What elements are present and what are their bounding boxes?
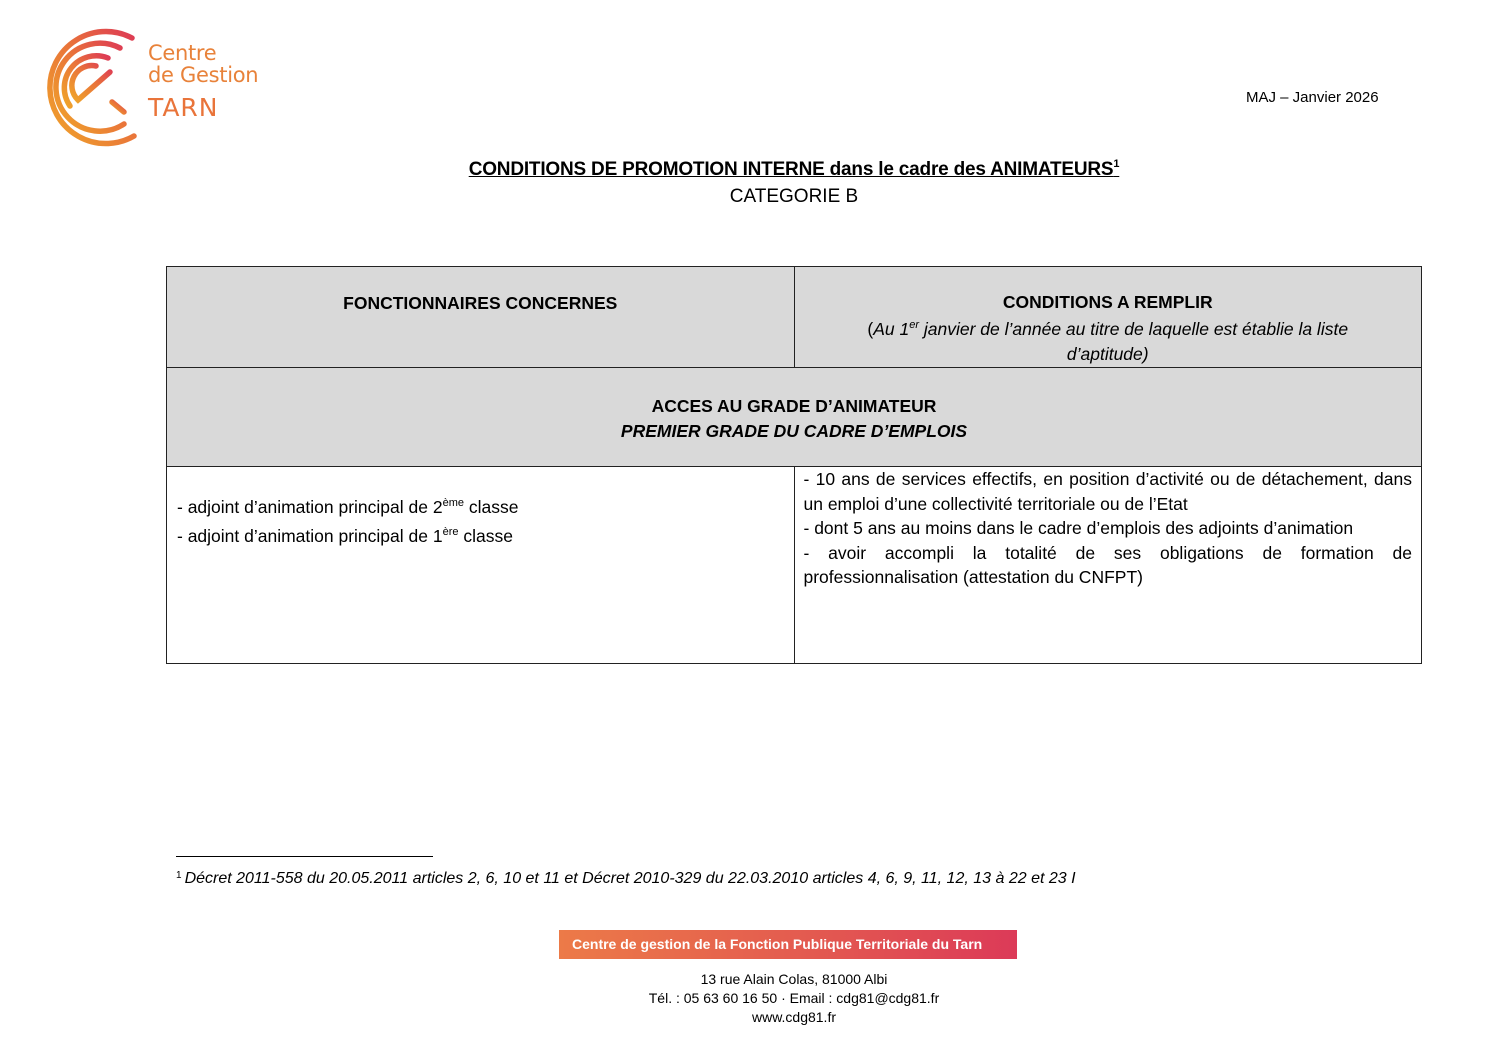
header-cell-conditions: CONDITIONS A REMPLIR (Au 1er janvier de … xyxy=(794,267,1422,368)
cdg-c-logo-icon xyxy=(34,24,146,148)
footnote-number: 1 xyxy=(176,870,182,881)
table-header-row: FONCTIONNAIRES CONCERNES CONDITIONS A RE… xyxy=(167,267,1422,368)
header-left-label: FONCTIONNAIRES CONCERNES xyxy=(167,267,794,314)
update-date: MAJ – Janvier 2026 xyxy=(1246,89,1379,106)
footnote-separator xyxy=(176,856,433,857)
footer-contact: 13 rue Alain Colas, 81000 Albi Tél. : 05… xyxy=(0,970,1497,1027)
footer-address: 13 rue Alain Colas, 81000 Albi xyxy=(0,970,1497,989)
document-title: CONDITIONS DE PROMOTION INTERNE dans le … xyxy=(469,158,1120,181)
logo-line-2: de Gestion xyxy=(148,64,258,86)
grade-text-end: classe xyxy=(458,526,512,546)
header-right-label: CONDITIONS A REMPLIR xyxy=(795,267,1422,313)
table-row: - adjoint d’animation principal de 2ème … xyxy=(167,467,1422,664)
footer-website-link[interactable]: www.cdg81.fr xyxy=(0,1008,1497,1027)
footer-band: Centre de gestion de la Fonction Publiqu… xyxy=(559,930,1017,959)
grade-text-end: classe xyxy=(464,497,518,517)
logo-line-3: TARN xyxy=(148,95,258,121)
section-cell: ACCES AU GRADE D’ANIMATEUR PREMIER GRADE… xyxy=(167,368,1422,467)
grade-text: - adjoint d’animation principal de 1 xyxy=(177,526,443,546)
header-right-note: (Au 1er janvier de l’année au titre de l… xyxy=(795,313,1422,367)
logo-line-1: Centre xyxy=(148,42,258,64)
footnote: 1Décret 2011-558 du 20.05.2011 articles … xyxy=(176,870,1076,888)
note-part-1: Au 1 xyxy=(873,319,909,339)
title-footnote-ref: 1 xyxy=(1113,158,1119,170)
grade-sup: ème xyxy=(443,497,464,509)
section-row: ACCES AU GRADE D’ANIMATEUR PREMIER GRADE… xyxy=(167,368,1422,467)
footer-phone-email: Tél. : 05 63 60 16 50 · Email : cdg81@cd… xyxy=(0,989,1497,1008)
promotion-conditions-table: FONCTIONNAIRES CONCERNES CONDITIONS A RE… xyxy=(166,266,1422,664)
section-subtitle: PREMIER GRADE DU CADRE D’EMPLOIS xyxy=(167,419,1421,444)
title-text: CONDITIONS DE PROMOTION INTERNE dans le … xyxy=(469,159,1114,180)
grade-sup: ère xyxy=(443,526,459,538)
condition-item: - avoir accompli la totalité de ses obli… xyxy=(804,541,1413,590)
grade-item: - adjoint d’animation principal de 2ème … xyxy=(177,491,794,520)
fonctionnaires-cell: - adjoint d’animation principal de 2ème … xyxy=(167,467,795,664)
conditions-cell: - 10 ans de services effectifs, en posit… xyxy=(794,467,1422,664)
header-cell-fonctionnaires: FONCTIONNAIRES CONCERNES xyxy=(167,267,795,368)
footnote-text: Décret 2011-558 du 20.05.2011 articles 2… xyxy=(185,870,1076,887)
grade-item: - adjoint d’animation principal de 1ère … xyxy=(177,520,794,549)
section-title: ACCES AU GRADE D’ANIMATEUR xyxy=(167,368,1421,419)
document-heading: CONDITIONS DE PROMOTION INTERNE dans le … xyxy=(0,158,1497,208)
cdg-tarn-logo: Centre de Gestion TARN xyxy=(30,20,280,148)
note-sup: er xyxy=(909,319,919,331)
logo-text: Centre de Gestion TARN xyxy=(148,42,258,121)
grade-text: - adjoint d’animation principal de 2 xyxy=(177,497,443,517)
condition-item: - 10 ans de services effectifs, en posit… xyxy=(804,467,1413,516)
condition-item: - dont 5 ans au moins dans le cadre d’em… xyxy=(804,516,1413,541)
document-subtitle: CATEGORIE B xyxy=(0,186,1497,208)
note-part-2: janvier de l’année au titre de laquelle … xyxy=(919,319,1348,364)
